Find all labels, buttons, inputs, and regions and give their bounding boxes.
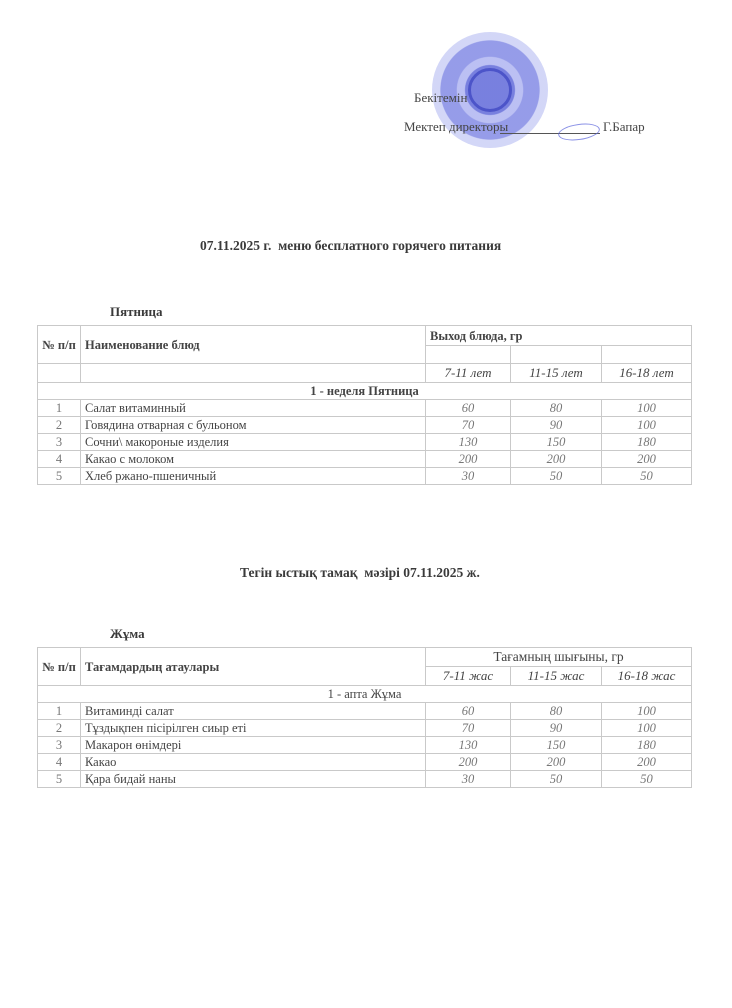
dish-name: Қара бидай наны — [81, 771, 426, 788]
kz-title: Тегін ыстық тамақ мәзірі 07.11.2025 ж. — [240, 565, 480, 581]
table-row: 1 Салат витаминный 60 80 100 — [38, 400, 692, 417]
dish-name: Тұздықпен пісірілген сиыр еті — [81, 720, 426, 737]
dish-name: Говядина отварная с бульоном — [81, 417, 426, 434]
ru-day: Пятница — [110, 304, 163, 320]
signature-icon — [557, 121, 601, 143]
dish-name: Витаминді салат — [81, 703, 426, 720]
col-output-header: Выход блюда, гр — [426, 326, 692, 346]
director-name: Г.Бапар — [603, 119, 645, 135]
table-row: 2 Говядина отварная с бульоном 70 90 100 — [38, 417, 692, 434]
table-row: 1 Витаминді салат 60 80 100 — [38, 703, 692, 720]
age-header: 11-15 жас — [511, 667, 602, 686]
table-row: 3 Макарон өнімдері 130 150 180 — [38, 737, 692, 754]
age-header: 11-15 лет — [511, 364, 602, 383]
week-label: 1 - апта Жұма — [38, 686, 692, 703]
dish-name: Салат витаминный — [81, 400, 426, 417]
table-row: 2 Тұздықпен пісірілген сиыр еті 70 90 10… — [38, 720, 692, 737]
director-label: Мектеп директоры — [404, 119, 508, 135]
dish-name: Хлеб ржано-пшеничный — [81, 468, 426, 485]
table-row: 5 Қара бидай наны 30 50 50 — [38, 771, 692, 788]
ru-title: 07.11.2025 г. меню бесплатного горячего … — [200, 238, 501, 254]
dish-name: Какао с молоком — [81, 451, 426, 468]
table-row: 3 Сочни\ макороные изделия 130 150 180 — [38, 434, 692, 451]
kz-menu-table: № п/п Тағамдардың атаулары Тағамның шығы… — [37, 647, 692, 788]
col-name-header: Тағамдардың атаулары — [81, 648, 426, 686]
col-output-header: Тағамның шығыны, гр — [426, 648, 692, 667]
table-row: 4 Какао с молоком 200 200 200 — [38, 451, 692, 468]
dish-name: Сочни\ макороные изделия — [81, 434, 426, 451]
age-header: 16-18 лет — [602, 364, 692, 383]
col-num-header: № п/п — [38, 648, 81, 686]
dish-name: Макарон өнімдері — [81, 737, 426, 754]
table-row: 5 Хлеб ржано-пшеничный 30 50 50 — [38, 468, 692, 485]
age-header: 16-18 жас — [602, 667, 692, 686]
col-name-header: Наименование блюд — [81, 326, 426, 364]
week-label: 1 - неделя Пятница — [38, 383, 692, 400]
kz-day: Жұма — [110, 626, 145, 642]
col-num-header: № п/п — [38, 326, 81, 364]
age-header: 7-11 лет — [426, 364, 511, 383]
approved-label: Бекітемін — [414, 90, 467, 106]
dish-name: Какао — [81, 754, 426, 771]
ru-menu-table: № п/п Наименование блюд Выход блюда, гр … — [37, 325, 692, 485]
table-row: 4 Какао 200 200 200 — [38, 754, 692, 771]
age-header: 7-11 жас — [426, 667, 511, 686]
